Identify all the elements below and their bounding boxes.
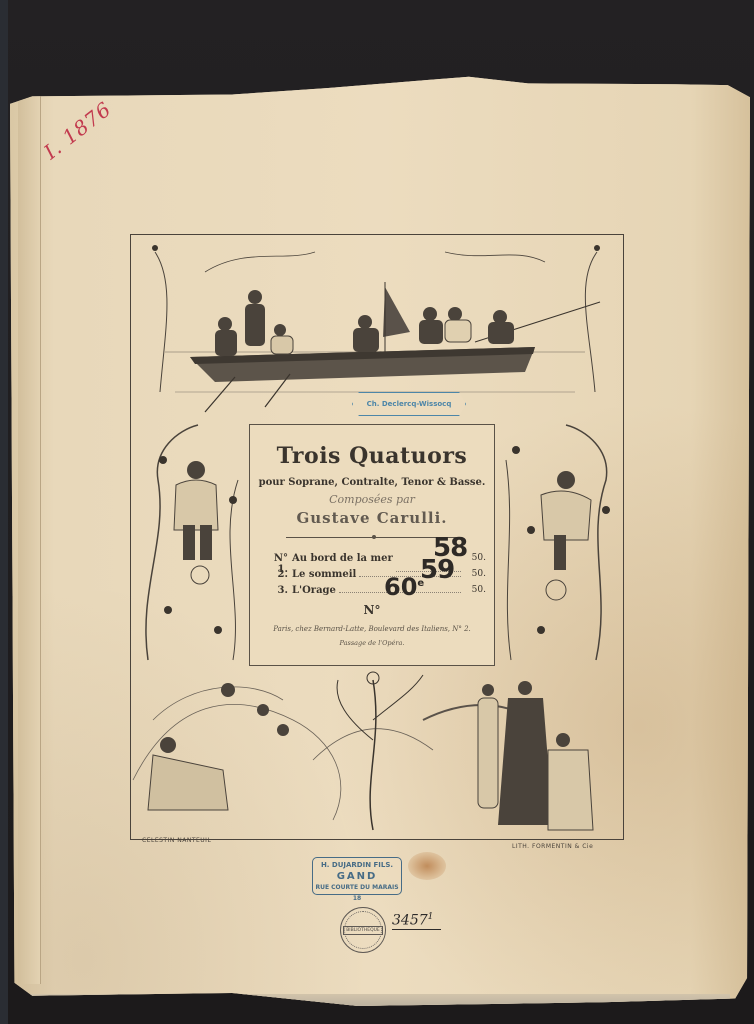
plate-number-59: 59 [420, 555, 454, 585]
library-stamp-ring [344, 911, 382, 949]
dealer-address: RUE COURTE DU MARAIS 18 [313, 882, 401, 904]
shelf-mark: 34571 [392, 912, 441, 930]
brown-stain [408, 852, 446, 880]
track-price: 50. [464, 585, 486, 596]
track-number: 2. [260, 569, 292, 580]
track-item: 3. L'Orage 50. [260, 585, 486, 596]
track-price: 50. [464, 569, 486, 580]
composed-by-label: Composées par [250, 493, 494, 506]
dealer-city: GAND [313, 871, 401, 882]
publisher-line: Paris, chez Bernard-Latte, Boulevard des… [250, 625, 494, 633]
dream-scene-illustration [133, 660, 619, 835]
illustrator-credit: CELESTIN NANTEUIL [142, 837, 211, 844]
dealer-stamp: H. DUJARDIN FILS. GAND RUE COURTE DU MAR… [312, 857, 402, 895]
owner-stamp: Ch. Declercq-Wissocq [352, 392, 466, 416]
plate-60-value: 60 [384, 573, 417, 601]
right-figure-illustration [496, 420, 616, 665]
publisher-address: Passage de l'Opéra. [250, 639, 494, 647]
track-title: Le sommeil [292, 569, 356, 580]
composer-name: Gustave Carulli. [250, 509, 494, 527]
binding-strip [0, 0, 8, 1024]
spine-edge [18, 94, 41, 984]
left-figure-illustration [138, 420, 248, 665]
dealer-name: H. DUJARDIN FILS. [313, 860, 401, 871]
shelf-mark-number: 3457 [392, 913, 428, 929]
plate-superscript: e [417, 578, 424, 589]
library-stamp: BIBLIOTHEQUE [340, 907, 386, 953]
number-label: N° [250, 603, 494, 617]
work-title: Trois Quatuors [250, 443, 494, 469]
title-panel: Trois Quatuors pour Soprane, Contralte, … [249, 424, 495, 666]
lithographer-credit: LITH. FORMENTIN & Cie [512, 843, 593, 850]
voicing-subtitle: pour Soprane, Contralte, Tenor & Basse. [250, 477, 494, 488]
track-title: L'Orage [292, 585, 336, 596]
plate-number-60: 60e [384, 573, 424, 601]
shelf-mark-sup: 1 [428, 912, 434, 922]
track-number: 3. [260, 585, 292, 596]
